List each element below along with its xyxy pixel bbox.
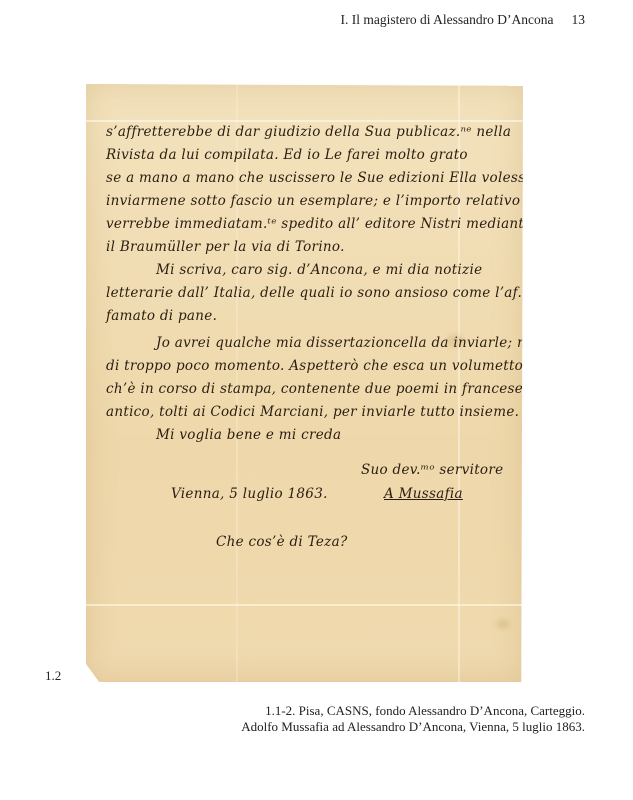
letter-image: s’affretterebbe di dar giudizio della Su… [86, 84, 523, 682]
closing-line: Suo dev.ᵐᵒ servitore [361, 462, 503, 478]
page-number: 13 [572, 12, 586, 28]
letter-line: il Braumüller per la via di Torino. [106, 239, 345, 255]
letter-line: letterarie dall’ Italia, delle quali io … [106, 285, 522, 301]
letter-line: Mi voglia bene e mi creda [156, 427, 341, 443]
running-head: I. Il magistero di Alessandro D’Ancona 1… [341, 12, 585, 28]
caption-line-1: 1.1-2. Pisa, CASNS, fondo Alessandro D’A… [241, 703, 585, 719]
caption-line-2: Adolfo Mussafia ad Alessandro D’Ancona, … [241, 719, 585, 735]
letter-line: Jo avrei qualche mia dissertazioncella d… [156, 335, 551, 351]
letter-line: se a mano a mano che uscissero le Sue ed… [106, 170, 534, 186]
letter-line: Rivista da lui compilata. Ed io Le farei… [106, 147, 468, 163]
letter-line: famato di pane. [106, 308, 217, 324]
letter-line: antico, tolti ai Codici Marciani, per in… [106, 404, 519, 420]
stain [496, 619, 510, 629]
letter-line: Mi scriva, caro sig. d’Ancona, e mi dia … [156, 262, 482, 278]
signature: A Mussafia [384, 486, 463, 502]
letter-line: di troppo poco momento. Aspetterò che es… [106, 358, 523, 374]
letter-line: verrebbe immediatam.ᵗᵉ spedito all’ edit… [106, 216, 532, 232]
postscript: Che cos’è di Teza? [216, 534, 348, 550]
date-line: Vienna, 5 luglio 1863. [171, 486, 328, 502]
figure-caption: 1.1-2. Pisa, CASNS, fondo Alessandro D’A… [241, 703, 585, 735]
letter-line: inviarmene sotto fascio un esemplare; e … [106, 193, 520, 209]
figure-number: 1.2 [45, 668, 61, 684]
letter-line: s’affretterebbe di dar giudizio della Su… [106, 124, 511, 140]
chapter-title: I. Il magistero di Alessandro D’Ancona [341, 12, 554, 28]
letter-line: ch’è in corso di stampa, contenente due … [106, 381, 523, 397]
